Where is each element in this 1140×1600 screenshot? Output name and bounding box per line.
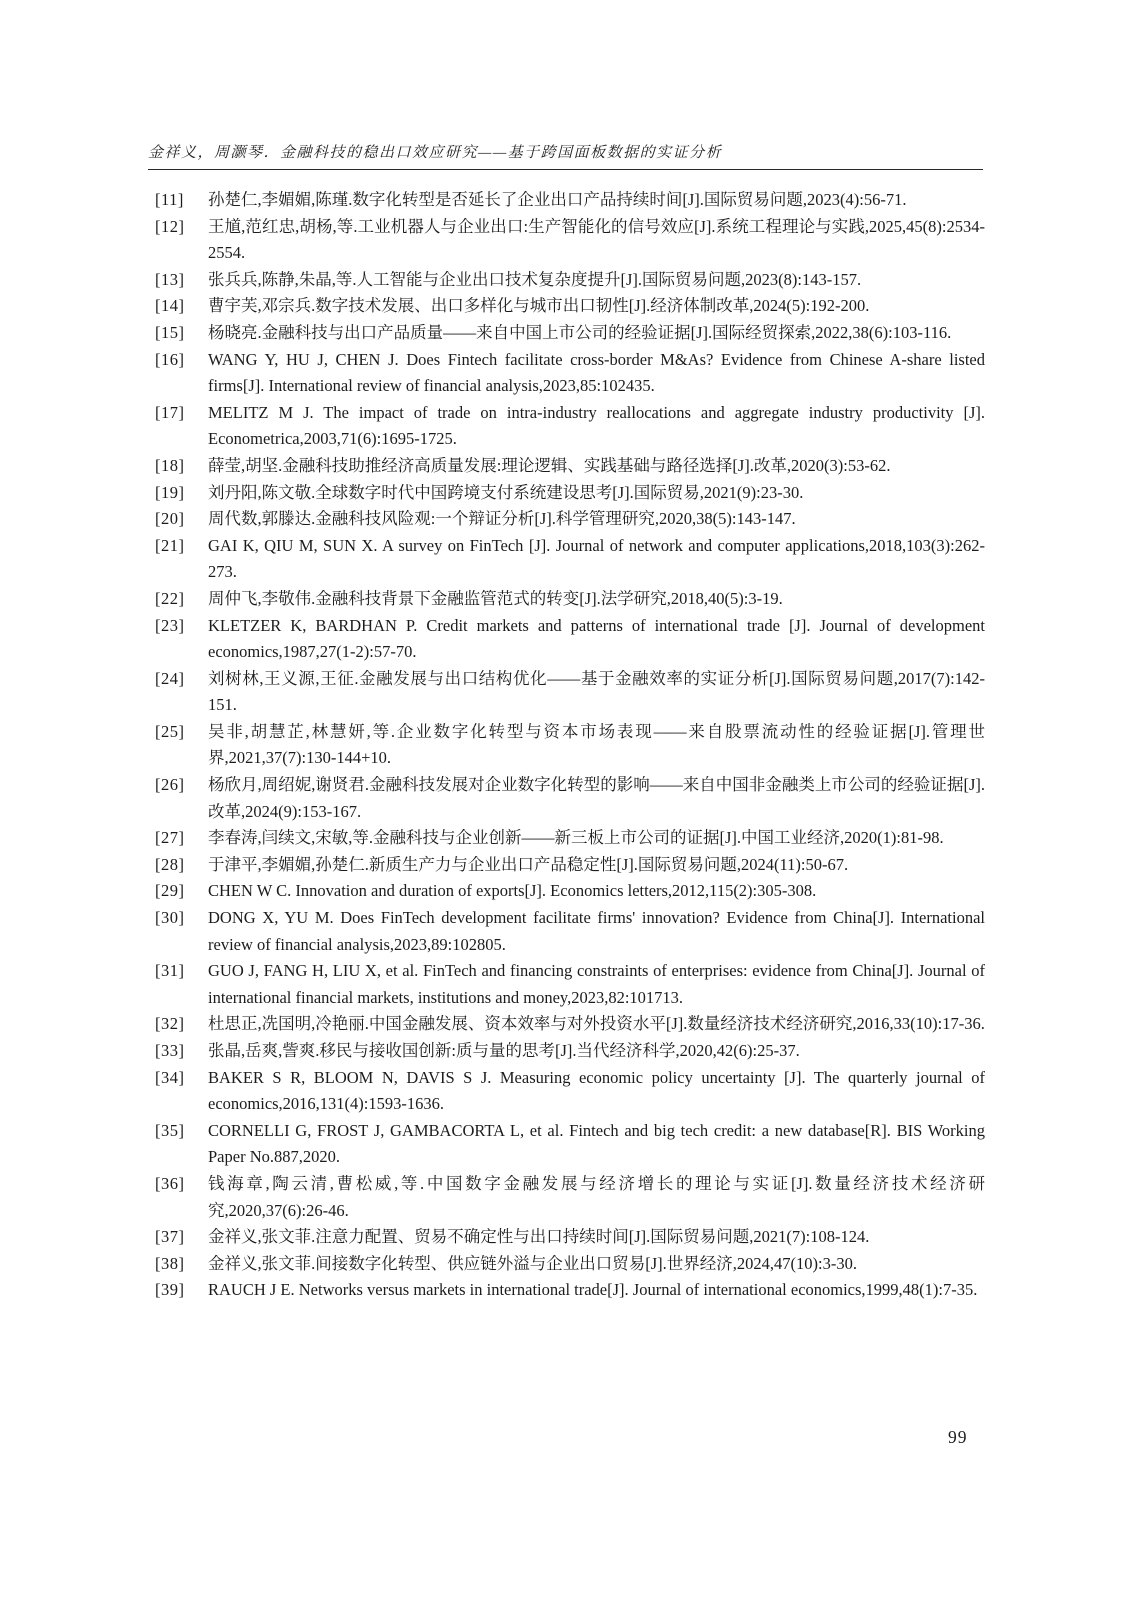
document-page: 金祥义，周灏琴．金融科技的稳出口效应研究——基于跨国面板数据的实证分析 [11]… (0, 0, 1140, 1600)
reference-number: [17] (155, 400, 208, 453)
reference-list: [11] 孙楚仁,李媚媚,陈瑾.数字化转型是否延长了企业出口产品持续时间[J].… (155, 187, 985, 1304)
reference-number: [16] (155, 347, 208, 400)
reference-entry: [35] CORNELLI G, FROST J, GAMBACORTA L, … (155, 1118, 985, 1171)
reference-citation: 曹宇芙,邓宗兵.数字技术发展、出口多样化与城市出口韧性[J].经济体制改革,20… (208, 293, 985, 320)
reference-entry: [36] 钱海章,陶云清,曹松威,等.中国数字金融发展与经济增长的理论与实证[J… (155, 1171, 985, 1224)
reference-citation: MELITZ M J. The impact of trade on intra… (208, 400, 985, 453)
reference-number: [28] (155, 852, 208, 879)
reference-citation: 周仲飞,李敬伟.金融科技背景下金融监管范式的转变[J].法学研究,2018,40… (208, 586, 985, 613)
reference-citation: 张晶,岳爽,訾爽.移民与接收国创新:质与量的思考[J].当代经济科学,2020,… (208, 1038, 985, 1065)
reference-entry: [28] 于津平,李媚媚,孙楚仁.新质生产力与企业出口产品稳定性[J].国际贸易… (155, 852, 985, 879)
reference-citation: 金祥义,张文菲.注意力配置、贸易不确定性与出口持续时间[J].国际贸易问题,20… (208, 1224, 985, 1251)
reference-citation: GUO J, FANG H, LIU X, et al. FinTech and… (208, 958, 985, 1011)
reference-number: [29] (155, 878, 208, 905)
reference-entry: [27] 李春涛,闫续文,宋敏,等.金融科技与企业创新——新三板上市公司的证据[… (155, 825, 985, 852)
reference-number: [21] (155, 533, 208, 586)
reference-entry: [29] CHEN W C. Innovation and duration o… (155, 878, 985, 905)
reference-citation: 孙楚仁,李媚媚,陈瑾.数字化转型是否延长了企业出口产品持续时间[J].国际贸易问… (208, 187, 985, 214)
reference-number: [26] (155, 772, 208, 825)
reference-number: [24] (155, 666, 208, 719)
reference-citation: 杜思正,冼国明,冷艳丽.中国金融发展、资本效率与对外投资水平[J].数量经济技术… (208, 1011, 985, 1038)
reference-citation: KLETZER K, BARDHAN P. Credit markets and… (208, 613, 985, 666)
reference-citation: 李春涛,闫续文,宋敏,等.金融科技与企业创新——新三板上市公司的证据[J].中国… (208, 825, 985, 852)
reference-citation: WANG Y, HU J, CHEN J. Does Fintech facil… (208, 347, 985, 400)
reference-number: [18] (155, 453, 208, 480)
reference-number: [14] (155, 293, 208, 320)
reference-entry: [21] GAI K, QIU M, SUN X. A survey on Fi… (155, 533, 985, 586)
reference-citation: CORNELLI G, FROST J, GAMBACORTA L, et al… (208, 1118, 985, 1171)
reference-entry: [17] MELITZ M J. The impact of trade on … (155, 400, 985, 453)
reference-citation: 杨晓亮.金融科技与出口产品质量——来自中国上市公司的经验证据[J].国际经贸探索… (208, 320, 985, 347)
reference-number: [22] (155, 586, 208, 613)
reference-citation: BAKER S R, BLOOM N, DAVIS S J. Measuring… (208, 1065, 985, 1118)
reference-number: [23] (155, 613, 208, 666)
reference-entry: [12] 王馗,范红忠,胡杨,等.工业机器人与企业出口:生产智能化的信号效应[J… (155, 214, 985, 267)
reference-entry: [11] 孙楚仁,李媚媚,陈瑾.数字化转型是否延长了企业出口产品持续时间[J].… (155, 187, 985, 214)
reference-citation: 刘丹阳,陈文敬.全球数字时代中国跨境支付系统建设思考[J].国际贸易,2021(… (208, 480, 985, 507)
page-number: 99 (948, 1427, 968, 1448)
reference-number: [38] (155, 1251, 208, 1278)
reference-number: [27] (155, 825, 208, 852)
reference-entry: [31] GUO J, FANG H, LIU X, et al. FinTec… (155, 958, 985, 1011)
reference-citation: 周代数,郭滕达.金融科技风险观:一个辩证分析[J].科学管理研究,2020,38… (208, 506, 985, 533)
reference-entry: [39] RAUCH J E. Networks versus markets … (155, 1277, 985, 1304)
reference-number: [34] (155, 1065, 208, 1118)
reference-entry: [15] 杨晓亮.金融科技与出口产品质量——来自中国上市公司的经验证据[J].国… (155, 320, 985, 347)
reference-citation: 金祥义,张文菲.间接数字化转型、供应链外溢与企业出口贸易[J].世界经济,202… (208, 1251, 985, 1278)
reference-entry: [23] KLETZER K, BARDHAN P. Credit market… (155, 613, 985, 666)
reference-number: [15] (155, 320, 208, 347)
reference-number: [25] (155, 719, 208, 772)
reference-citation: 于津平,李媚媚,孙楚仁.新质生产力与企业出口产品稳定性[J].国际贸易问题,20… (208, 852, 985, 879)
reference-entry: [19] 刘丹阳,陈文敬.全球数字时代中国跨境支付系统建设思考[J].国际贸易,… (155, 480, 985, 507)
reference-citation: 王馗,范红忠,胡杨,等.工业机器人与企业出口:生产智能化的信号效应[J].系统工… (208, 214, 985, 267)
reference-number: [20] (155, 506, 208, 533)
reference-citation: CHEN W C. Innovation and duration of exp… (208, 878, 985, 905)
header-rule (148, 169, 983, 170)
reference-number: [36] (155, 1171, 208, 1224)
reference-number: [39] (155, 1277, 208, 1304)
reference-citation: 张兵兵,陈静,朱晶,等.人工智能与企业出口技术复杂度提升[J].国际贸易问题,2… (208, 267, 985, 294)
reference-entry: [18] 薛莹,胡坚.金融科技助推经济高质量发展:理论逻辑、实践基础与路径选择[… (155, 453, 985, 480)
reference-entry: [16] WANG Y, HU J, CHEN J. Does Fintech … (155, 347, 985, 400)
reference-entry: [24] 刘树林,王义源,王征.金融发展与出口结构优化——基于金融效率的实证分析… (155, 666, 985, 719)
running-title: 金祥义，周灏琴．金融科技的稳出口效应研究——基于跨国面板数据的实证分析 (148, 141, 988, 162)
reference-number: [19] (155, 480, 208, 507)
reference-citation: 钱海章,陶云清,曹松威,等.中国数字金融发展与经济增长的理论与实证[J].数量经… (208, 1171, 985, 1224)
reference-entry: [26] 杨欣月,周绍妮,谢贤君.金融科技发展对企业数字化转型的影响——来自中国… (155, 772, 985, 825)
reference-entry: [14] 曹宇芙,邓宗兵.数字技术发展、出口多样化与城市出口韧性[J].经济体制… (155, 293, 985, 320)
reference-entry: [37] 金祥义,张文菲.注意力配置、贸易不确定性与出口持续时间[J].国际贸易… (155, 1224, 985, 1251)
reference-number: [37] (155, 1224, 208, 1251)
reference-entry: [25] 吴非,胡慧芷,林慧妍,等.企业数字化转型与资本市场表现——来自股票流动… (155, 719, 985, 772)
reference-number: [30] (155, 905, 208, 958)
reference-entry: [13] 张兵兵,陈静,朱晶,等.人工智能与企业出口技术复杂度提升[J].国际贸… (155, 267, 985, 294)
reference-entry: [20] 周代数,郭滕达.金融科技风险观:一个辩证分析[J].科学管理研究,20… (155, 506, 985, 533)
reference-citation: GAI K, QIU M, SUN X. A survey on FinTech… (208, 533, 985, 586)
reference-number: [31] (155, 958, 208, 1011)
reference-citation: 吴非,胡慧芷,林慧妍,等.企业数字化转型与资本市场表现——来自股票流动性的经验证… (208, 719, 985, 772)
reference-number: [32] (155, 1011, 208, 1038)
reference-citation: DONG X, YU M. Does FinTech development f… (208, 905, 985, 958)
reference-number: [11] (155, 187, 208, 214)
reference-number: [12] (155, 214, 208, 267)
reference-number: [13] (155, 267, 208, 294)
reference-number: [35] (155, 1118, 208, 1171)
reference-citation: RAUCH J E. Networks versus markets in in… (208, 1277, 985, 1304)
reference-citation: 杨欣月,周绍妮,谢贤君.金融科技发展对企业数字化转型的影响——来自中国非金融类上… (208, 772, 985, 825)
reference-entry: [32] 杜思正,冼国明,冷艳丽.中国金融发展、资本效率与对外投资水平[J].数… (155, 1011, 985, 1038)
reference-number: [33] (155, 1038, 208, 1065)
reference-entry: [22] 周仲飞,李敬伟.金融科技背景下金融监管范式的转变[J].法学研究,20… (155, 586, 985, 613)
reference-citation: 刘树林,王义源,王征.金融发展与出口结构优化——基于金融效率的实证分析[J].国… (208, 666, 985, 719)
reference-entry: [38] 金祥义,张文菲.间接数字化转型、供应链外溢与企业出口贸易[J].世界经… (155, 1251, 985, 1278)
reference-entry: [33] 张晶,岳爽,訾爽.移民与接收国创新:质与量的思考[J].当代经济科学,… (155, 1038, 985, 1065)
reference-citation: 薛莹,胡坚.金融科技助推经济高质量发展:理论逻辑、实践基础与路径选择[J].改革… (208, 453, 985, 480)
reference-entry: [34] BAKER S R, BLOOM N, DAVIS S J. Meas… (155, 1065, 985, 1118)
reference-entry: [30] DONG X, YU M. Does FinTech developm… (155, 905, 985, 958)
